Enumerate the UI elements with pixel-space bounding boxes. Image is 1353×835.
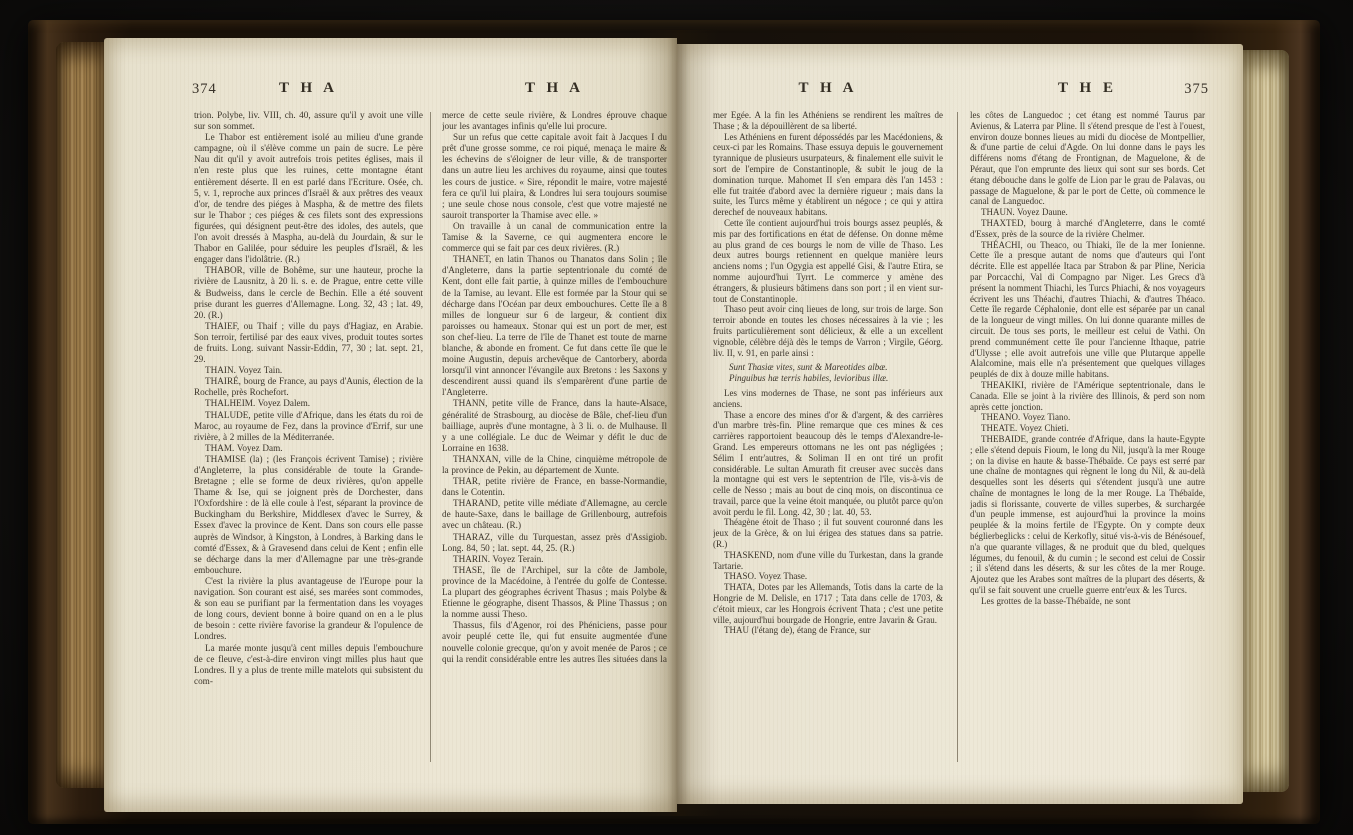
entry-paragraph: THARAND, petite ville médiate d'Allemagn… [442,498,667,531]
entry-paragraph: THAMISE (la) ; (les François écrivent Ta… [194,454,423,576]
entry-paragraph: THALUDE, petite ville d'Afrique, dans le… [194,410,423,443]
entry-paragraph: mer Egée. A la fin les Athéniens se rend… [713,110,943,132]
right-page: T H A T H E 375 mer Egée. A la fin les A… [677,44,1243,804]
verse-quotation: Sunt Thasiæ vites, sunt & Mareotides alb… [729,362,943,384]
right-page-header: T H A T H E 375 [713,78,1205,106]
entry-paragraph: trion. Polybe, liv. VIII, ch. 40, assure… [194,110,423,132]
entry-paragraph: THAIRÉ, bourg de France, au pays d'Aunis… [194,376,423,398]
entry-paragraph: merce de cette seule rivière, & Londres … [442,110,667,132]
running-title: T H A [194,80,423,97]
entry-paragraph: THEBAIDE, grande contrée d'Afrique, dans… [970,434,1205,596]
entry-paragraph: THANET, en latin Thanos ou Thanatos dans… [442,254,667,398]
entry-paragraph: THARAZ, ville du Turquestan, assez près … [442,532,667,554]
entry-paragraph: THEATE. Voyez Chieti. [970,423,1205,434]
entry-paragraph: THAIEF, ou Thaif ; ville du pays d'Hagia… [194,321,423,365]
entry-paragraph: Sur un refus que cette capitale avoit fa… [442,132,667,221]
right-page-number: 375 [1184,81,1209,98]
text-column-2: merce de cette seule rivière, & Londres … [442,110,667,772]
entry-paragraph: THATA, Dotes par les Allemands, Totis da… [713,582,943,625]
entry-paragraph: On travaille à un canal de communication… [442,221,667,254]
entry-paragraph: C'est la rivière la plus avantageuse de … [194,576,423,643]
left-page: 374 T H A T H A trion. Polybe, liv. VIII… [104,38,677,812]
entry-paragraph: THALHEIM. Voyez Dalem. [194,398,423,409]
entry-paragraph: THARIN. Voyez Terain. [442,554,667,565]
column-rule [957,112,958,762]
text-column-4: les côtes de Languedoc ; cet étang est n… [970,110,1205,772]
entry-paragraph: Thassus, fils d'Agenor, roi des Phénicie… [442,620,667,664]
running-title: T H A [442,80,667,97]
right-page-content: T H A T H E 375 mer Egée. A la fin les A… [713,78,1205,772]
entry-paragraph: THAM. Voyez Dam. [194,443,423,454]
entry-paragraph: Les grottes de la basse-Thébaïde, ne son… [970,596,1205,607]
entry-paragraph: Cette île contient aujourd'hui trois bou… [713,218,943,304]
entry-paragraph: THANXAN, ville de la Chine, cinquième mé… [442,454,667,476]
entry-paragraph: Les Athéniens en furent dépossédés par l… [713,132,943,218]
entry-paragraph: THASKEND, nom d'une ville du Turkestan, … [713,550,943,572]
entry-paragraph: Thaso peut avoir cinq lieues de long, su… [713,304,943,358]
entry-paragraph: les côtes de Languedoc ; cet étang est n… [970,110,1205,207]
entry-paragraph: La marée monte jusqu'à cent milles depui… [194,643,423,687]
entry-paragraph: THAIN. Voyez Tain. [194,365,423,376]
entry-paragraph: Le Thabor est entièrement isolé au milie… [194,132,423,265]
entry-paragraph: THEANO. Voyez Tiano. [970,412,1205,423]
right-page-columns: mer Egée. A la fin les Athéniens se rend… [713,110,1205,772]
entry-paragraph: THAU (l'étang de), étang de France, sur [713,625,943,636]
entry-paragraph: THABOR, ville de Bohême, sur une hauteur… [194,265,423,320]
column-rule [430,112,431,762]
text-column-3: mer Egée. A la fin les Athéniens se rend… [713,110,943,772]
entry-paragraph: THASO. Voyez Thase. [713,571,943,582]
text-column-1: trion. Polybe, liv. VIII, ch. 40, assure… [194,110,423,772]
entry-paragraph: THAR, petite rivière de France, en basse… [442,476,667,498]
entry-paragraph: THEAKIKI, rivière de l'Amérique septentr… [970,380,1205,412]
left-page-content: 374 T H A T H A trion. Polybe, liv. VIII… [194,78,667,772]
entry-paragraph: THANN, petite ville de France, dans la h… [442,398,667,453]
entry-paragraph: Théagène étoit de Thaso ; il fut souvent… [713,517,943,549]
entry-paragraph: Les vins modernes de Thase, ne sont pas … [713,388,943,410]
left-page-header: 374 T H A T H A [194,78,667,106]
running-title: T H E [970,80,1205,97]
entry-paragraph: THAXTED, bourg à marché d'Angleterre, da… [970,218,1205,240]
entry-paragraph: THAUN. Voyez Daune. [970,207,1205,218]
running-title: T H A [713,80,943,97]
book-photo-scene: 374 T H A T H A trion. Polybe, liv. VIII… [0,0,1353,835]
entry-paragraph: Thase a encore des mines d'or & d'argent… [713,410,943,518]
left-page-columns: trion. Polybe, liv. VIII, ch. 40, assure… [194,110,667,772]
entry-paragraph: THASE, île de l'Archipel, sur la côte de… [442,565,667,620]
entry-paragraph: THÉACHI, ou Theaco, ou Thiaki, île de la… [970,240,1205,380]
